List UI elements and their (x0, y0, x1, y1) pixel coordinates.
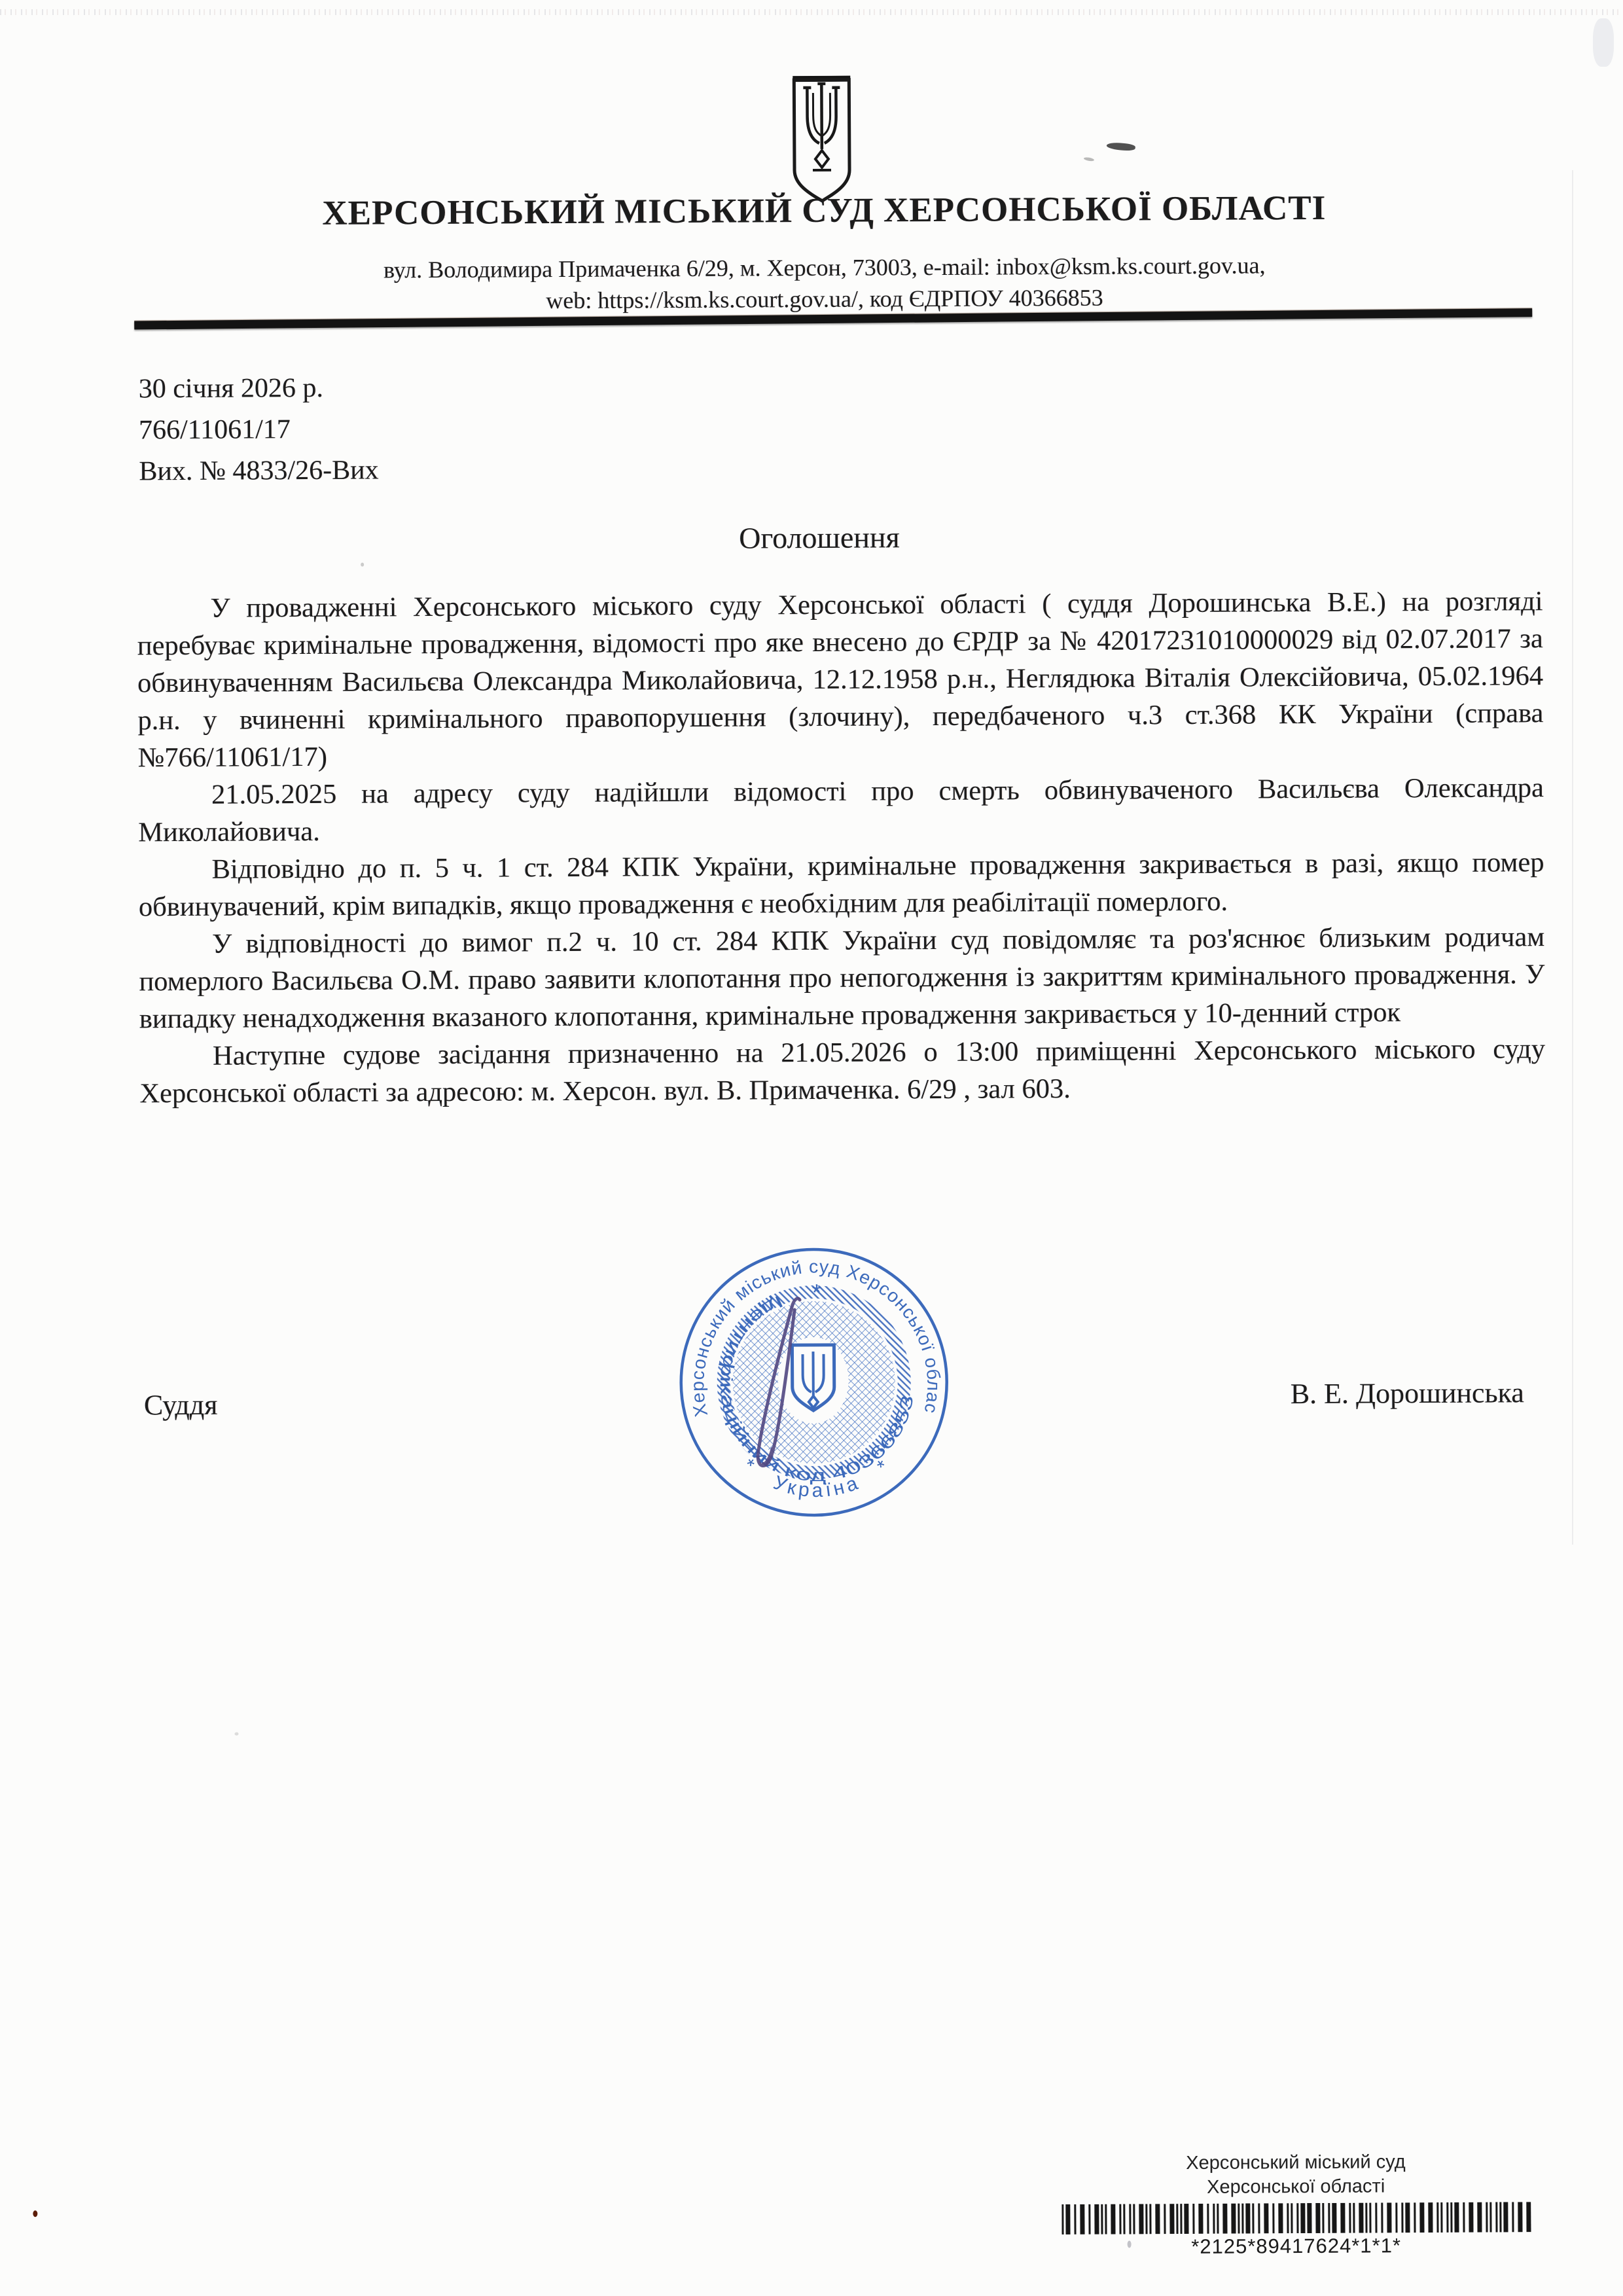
court-address-line: вул. Володимира Примаченка 6/29, м. Херс… (13, 249, 1623, 285)
document-title: Оголошення (8, 516, 1623, 559)
scan-speck (234, 1732, 238, 1736)
paragraph: У провадженні Херсонського міського суду… (137, 583, 1543, 776)
court-name: ХЕРСОНСЬКИЙ МІСЬКИЙ СУД ХЕРСОНСЬКОЇ ОБЛА… (12, 187, 1623, 234)
scanned-document-page: ХЕРСОНСЬКИЙ МІСЬКИЙ СУД ХЕРСОНСЬКОЇ ОБЛА… (0, 0, 1623, 2296)
outgoing-number: Вих. № 4833/26-Вих (139, 450, 379, 492)
case-number: 766/11061/17 (139, 408, 379, 451)
document-date: 30 січня 2026 р. (139, 367, 379, 410)
scan-speck (33, 2210, 37, 2217)
court-round-stamp-icon: Херсонський міський суд Херсонської обла… (673, 1240, 955, 1522)
paragraph: Наступне судове засідання призначенно на… (139, 1030, 1546, 1112)
paragraph: У відповідності до вимог п.2 ч. 10 ст. 2… (139, 918, 1545, 1037)
judge-role-label: Суддя (144, 1388, 218, 1422)
ukraine-trident-emblem-icon (789, 72, 855, 207)
scan-speck (361, 563, 364, 567)
footer-court-line1: Херсонський міський суд (1001, 2149, 1590, 2177)
paragraph: Відповідно до п. 5 ч. 1 ст. 284 КПК Укра… (138, 844, 1544, 925)
footer-block: Херсонський міський суд Херсонської обла… (1001, 2149, 1591, 2260)
document-content: ХЕРСОНСЬКИЙ МІСЬКИЙ СУД ХЕРСОНСЬКОЇ ОБЛА… (0, 0, 1623, 2296)
barcode (1061, 2202, 1531, 2234)
scan-speck (1128, 2240, 1132, 2248)
document-body: У провадженні Херсонського міського суду… (137, 583, 1545, 1112)
scan-smudge (1106, 141, 1135, 151)
judge-name: В. Е. Дорошинська (1291, 1376, 1524, 1410)
paragraph: 21.05.2025 на адресу суду надійшли відом… (138, 769, 1544, 851)
scan-smudge (1084, 156, 1095, 162)
barcode-text: *2125*89417624*1*1* (1002, 2233, 1591, 2260)
stamp-top-star: * (812, 1279, 821, 1306)
document-meta-block: 30 січня 2026 р. 766/11061/17 Вих. № 483… (139, 367, 379, 492)
footer-court-line2: Херсонської області (1001, 2174, 1590, 2201)
